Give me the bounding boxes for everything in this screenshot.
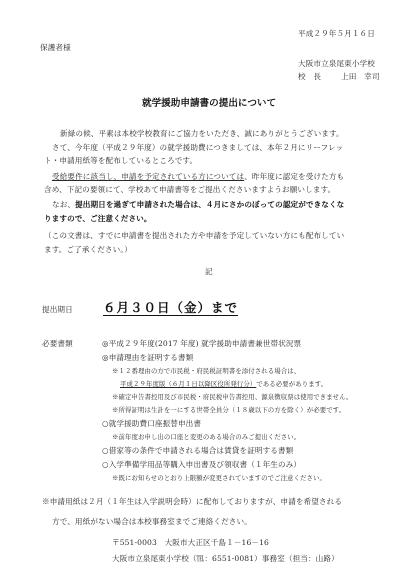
- body-paragraph-4-line-1: なお、提出期日を過ぎて申請された場合は、４月にさかのぼっての認定ができなくな: [52, 199, 344, 210]
- footer-address: 〒551-0003 大阪市大正区千島１－16－16: [112, 537, 269, 548]
- ki-heading: 記: [205, 266, 213, 277]
- document-note: ※前年度お申し出の口座と変更のある場合のみご提出ください。: [112, 432, 300, 441]
- body-paragraph-4-line-2: りますので、ご注意ください。: [44, 213, 152, 224]
- body-paragraph-2-line-2: ト・申請用紙等を配布しているところです。: [44, 155, 197, 166]
- document-item: ○就学援助費口座振替申出書: [102, 418, 201, 429]
- body-paragraph-5-line-2: ます。ご了承ください。）: [44, 244, 132, 255]
- body-paragraph-3-line-1: 受給要件に該当し、申請を予定されている方については、昨年度に認定を受けた方も: [52, 171, 344, 182]
- body-paragraph-1: 新緑の候、平素は本校学校教育にご協力をいただき、誠にありがとうございます。: [60, 128, 344, 139]
- body-paragraph-3-line-2: 含め、下記の要領にて、学校あて申請書等をご提出くださいますようお願いします。: [44, 184, 335, 195]
- principal-line: 校 長上田 幸司: [298, 71, 380, 82]
- documents-label: 必要書類: [42, 338, 73, 349]
- document-note: ※確定申告書控用及び市民税・府民税申告書控用、源泉徴収票は使用できません。: [112, 392, 353, 401]
- document-item: ◎平成２９年度(2017 年度) 就学援助申請書兼世帯状況票: [102, 338, 301, 349]
- document-item: ○入学準備学用品等購入申出書及び領収書（１年生のみ）: [102, 459, 301, 470]
- document-note: ※所得証明は生計を一にする世帯全員分（１８歳以下の方を除く）が必要です。: [112, 405, 345, 414]
- late-warning-bold: 提出期日を過ぎて申請された場合は、４月にさかのぼっての認定ができなくな: [75, 200, 344, 209]
- body-paragraph-5-line-1: （この文書は、すでに申請書を提出された方や申請を予定していない方にも配布してい: [44, 230, 344, 241]
- deadline-label: 提出期日: [42, 304, 73, 315]
- body-paragraph-4-prefix: なお、: [52, 200, 75, 209]
- page-title: 就学援助申請書の提出について: [142, 95, 276, 109]
- body-paragraph-2-line-1: さて、今年度（平成２９年度）の就学援助費につきましては、本年２月にリーフレッ: [52, 142, 343, 153]
- eligibility-underlined: 受給要件に該当し、申請を予定されている方については: [52, 172, 244, 181]
- document-note-suffix: である必要があります。: [256, 380, 327, 388]
- document-item: ○借家等の条件で申請される場合は賃貸を証明する書類: [102, 445, 293, 456]
- school-name: 大阪市立泉尾東小学校: [298, 58, 375, 69]
- document-date: 平成２９年５月１６日: [298, 28, 375, 39]
- footer-contact: 大阪市立泉尾東小学校（℡：6551-0081）事務室（担当：山路）: [112, 553, 339, 564]
- footer-note-line-1: ※申請用紙は２月（１年生は入学説明会時）に配布しておりますが、申請を希望される: [42, 496, 342, 507]
- principal-name: 上田 幸司: [341, 72, 379, 81]
- document-note: ※既にお知らせのとおり上限額が変更されていますのでご注意ください。: [112, 473, 326, 482]
- recipient: 保護者様: [40, 42, 71, 53]
- document-item: ◎申請理由を証明する書類: [102, 352, 193, 363]
- deadline-value: ６月３０日（金）まで: [103, 298, 238, 316]
- footer-note-line-2: 方で、用紙がない場合は本校事務室までご連絡ください。: [52, 516, 252, 527]
- principal-title: 校 長: [298, 72, 321, 81]
- document-note: ※１２番理由の方で市民税・府民税証明書を添付される場合は、: [112, 366, 300, 375]
- body-paragraph-3-rest: 、昨年度に認定を受けた方も: [244, 172, 344, 181]
- document-note-underlined: 平成２９年度版（６月１日以降区役所発行分）: [120, 380, 256, 388]
- document-note: 平成２９年度版（６月１日以降区役所発行分）である必要があります。: [120, 379, 327, 388]
